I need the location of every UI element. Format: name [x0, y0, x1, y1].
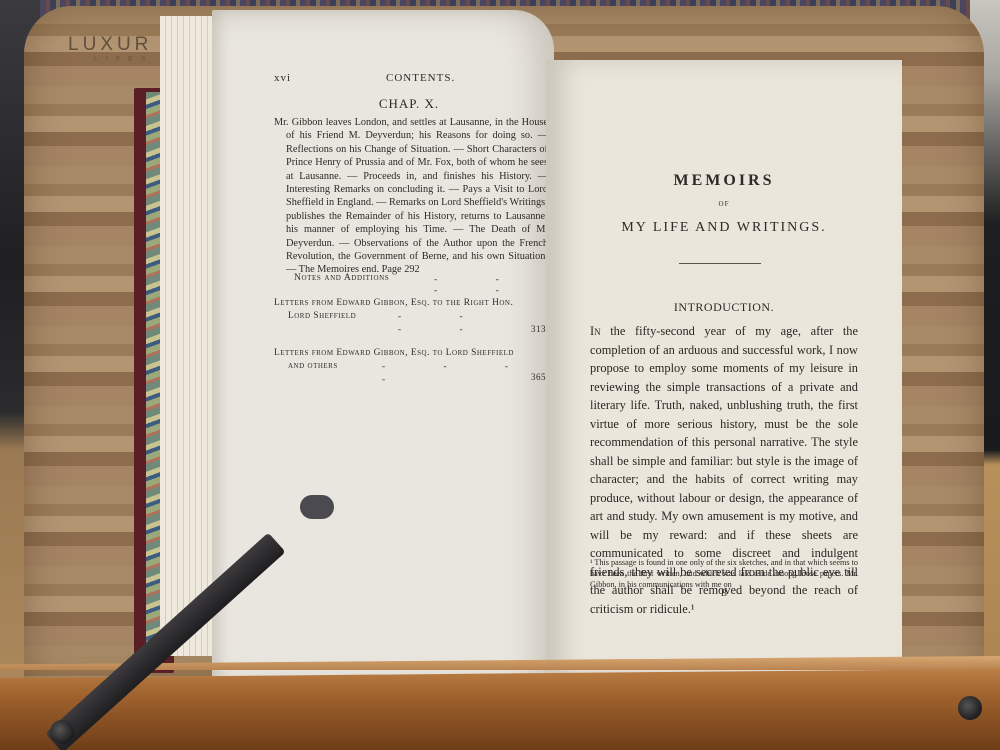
screw-icon: [958, 696, 982, 720]
stand-brand-subtitle: LIFES: [94, 56, 153, 63]
drop-cap: In: [590, 324, 601, 338]
contents-entry-letters-others: Letters from Edward Gibbon, Esq. to Lord…: [274, 347, 546, 373]
title-of: OF: [546, 200, 902, 208]
contents-entry-letters-lord-sheffield: Letters from Edward Gibbon, Esq. to the …: [274, 297, 546, 323]
entry-title: Notes and Additions: [294, 272, 389, 283]
page-edges: [160, 16, 220, 656]
entry-page: 313: [531, 323, 546, 336]
contents-entry-notes: Notes and Additions - - - -: [294, 272, 542, 283]
entry-title: Letters from Edward Gibbon, Esq. to the …: [274, 297, 546, 310]
section-heading: INTRODUCTION.: [546, 300, 902, 315]
right-page: MEMOIRS OF MY LIFE AND WRITINGS. INTRODU…: [546, 60, 902, 678]
chapter-summary: Mr. Gibbon leaves London, and settles at…: [274, 116, 548, 277]
title-rule: [679, 263, 761, 264]
book-title: MEMOIRS: [546, 172, 902, 190]
page-number: xvi: [274, 72, 291, 84]
leader-dots: - - - -: [382, 361, 546, 387]
book-subtitle: MY LIFE AND WRITINGS.: [546, 220, 902, 236]
leader-dots: - - - -: [434, 274, 542, 296]
page-holder-tip[interactable]: [300, 495, 334, 519]
left-page: xvi CONTENTS. CHAP. X. Mr. Gibbon leaves…: [212, 10, 554, 688]
running-head-title: CONTENTS.: [386, 72, 455, 84]
chapter-heading: CHAP. X.: [274, 96, 544, 112]
signature-mark: B: [546, 588, 902, 598]
footnote: ¹ This passage is found in one only of t…: [590, 557, 858, 590]
leader-dots: - - - -: [398, 311, 546, 337]
entry-title: Letters from Edward Gibbon, Esq. to Lord…: [274, 347, 546, 360]
entry-page: 365: [531, 371, 546, 384]
stand-brand-logo: LUXUR: [68, 34, 152, 56]
screw-icon: [50, 720, 74, 744]
